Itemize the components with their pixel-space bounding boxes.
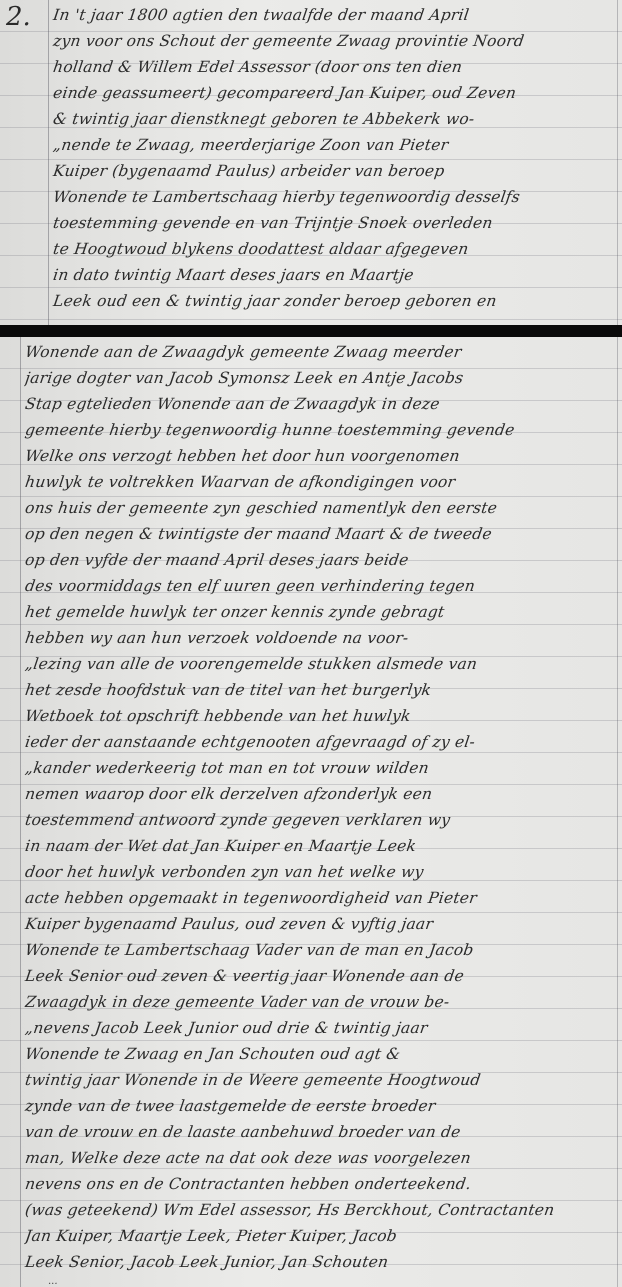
text-line: in naam der Wet dat Jan Kuiper en Maartj… <box>24 837 617 855</box>
text-line: het zesde hoofdstuk van de titel van het… <box>24 681 617 699</box>
text-line: ons huis der gemeente zyn geschied namen… <box>24 499 617 517</box>
text-line: einde geassumeert) gecompareerd Jan Kuip… <box>52 84 615 102</box>
text-line: Zwaagdyk in deze gemeente Vader van de v… <box>24 993 617 1011</box>
text-line: toestemming gevende en van Trijntje Snoe… <box>52 214 615 232</box>
text-line: Stap egtelieden Wonende aan de Zwaagdyk … <box>24 395 617 413</box>
text-line: Wonende te Lambertschaag Vader van de ma… <box>24 941 617 959</box>
text-line: „nevens Jacob Leek Junior oud drie & twi… <box>24 1019 617 1037</box>
text-line: Wonende aan de Zwaagdyk gemeente Zwaag m… <box>24 343 617 361</box>
text-line: „kander wederkeerig tot man en tot vrouw… <box>24 759 617 777</box>
text-line: jarige dogter van Jacob Symonsz Leek en … <box>24 369 617 387</box>
signatures-line: (was geteekend) Wm Edel assessor, Hs Ber… <box>24 1201 617 1219</box>
text-line: zyn voor ons Schout der gemeente Zwaag p… <box>52 32 615 50</box>
text-line: holland & Willem Edel Assessor (door ons… <box>52 58 615 76</box>
text-line: op den vyfde der maand April deses jaars… <box>24 551 617 569</box>
text-line: acte hebben opgemaakt in tegenwoordighei… <box>24 889 617 907</box>
text-line: toestemmend antwoord zynde gegeven verkl… <box>24 811 617 829</box>
text-line: gemeente hierby tegenwoordig hunne toest… <box>24 421 617 439</box>
text-line: Kuiper bygenaamd Paulus, oud zeven & vyf… <box>24 915 617 933</box>
text-line: het gemelde huwlyk ter onzer kennis zynd… <box>24 603 617 621</box>
margin-rule <box>48 0 49 325</box>
text-line: & twintig jaar dienstknegt geboren te Ab… <box>52 110 615 128</box>
signatures-line: Leek Senior, Jacob Leek Junior, Jan Scho… <box>24 1253 617 1271</box>
signatures-line: Jan Kuiper, Maartje Leek, Pieter Kuiper,… <box>24 1227 617 1245</box>
text-line: des voormiddags ten elf uuren geen verhi… <box>24 577 617 595</box>
text-line: „nende te Zwaag, meerderjarige Zoon van … <box>52 136 615 154</box>
footer-mark: ... <box>48 1276 58 1287</box>
text-line: ieder der aanstaande echtgenooten afgevr… <box>24 733 617 751</box>
page-edge-rule <box>617 337 618 1287</box>
text-line: door het huwlyk verbonden zyn van het we… <box>24 863 617 881</box>
text-line: Welke ons verzogt hebben het door hun vo… <box>24 447 617 465</box>
text-line: Leek oud een & twintig jaar zonder beroe… <box>52 292 615 310</box>
text-line: twintig jaar Wonende in de Weere gemeent… <box>24 1071 617 1089</box>
text-line: Kuiper (bygenaamd Paulus) arbeider van b… <box>52 162 615 180</box>
text-line: op den negen & twintigste der maand Maar… <box>24 525 617 543</box>
record-bottom-section: Wonende aan de Zwaagdyk gemeente Zwaag m… <box>0 337 622 1287</box>
text-line: Leek Senior oud zeven & veertig jaar Won… <box>24 967 617 985</box>
text-line: huwlyk te voltrekken Waarvan de afkondig… <box>24 473 617 491</box>
text-line: nevens ons en de Contractanten hebben on… <box>24 1175 617 1193</box>
text-line: man, Welke deze acte na dat ook deze was… <box>24 1149 617 1167</box>
text-line: Wetboek tot opschrift hebbende van het h… <box>24 707 617 725</box>
scan-divider-bar <box>0 325 622 337</box>
record-top-section: 2. In 't jaar 1800 agtien den twaalfde d… <box>0 0 622 325</box>
text-line: te Hoogtwoud blykens doodattest aldaar a… <box>52 240 615 258</box>
entry-number: 2. <box>6 2 31 32</box>
page-edge-rule <box>617 0 618 325</box>
text-line: Wonende te Zwaag en Jan Schouten oud agt… <box>24 1045 617 1063</box>
text-line: „lezing van alle de voorengemelde stukke… <box>24 655 617 673</box>
text-line: in dato twintig Maart deses jaars en Maa… <box>52 266 615 284</box>
text-line: Wonende te Lambertschaag hierby tegenwoo… <box>52 188 615 206</box>
text-line: nemen waarop door elk derzelven afzonder… <box>24 785 617 803</box>
text-line: hebben wy aan hun verzoek voldoende na v… <box>24 629 617 647</box>
margin-rule <box>20 337 21 1287</box>
text-line: zynde van de twee laastgemelde de eerste… <box>24 1097 617 1115</box>
text-line: In 't jaar 1800 agtien den twaalfde der … <box>52 6 615 24</box>
text-line: van de vrouw en de laaste aanbehuwd broe… <box>24 1123 617 1141</box>
